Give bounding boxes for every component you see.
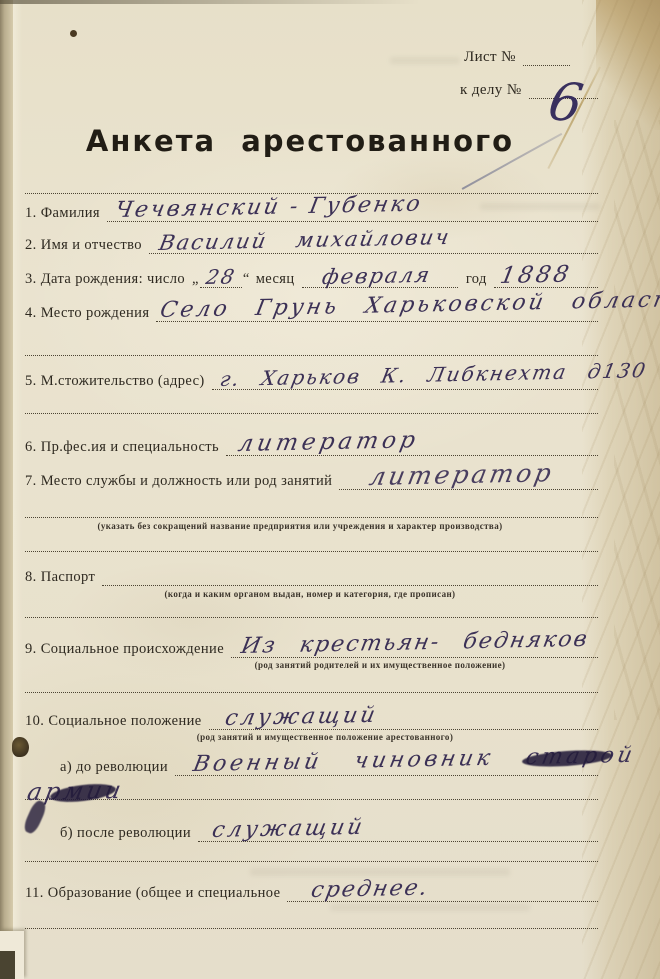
bleed-through-text [390, 57, 460, 64]
field-workplace-line: литератор [339, 465, 598, 490]
rule-line [25, 928, 598, 929]
field-workplace-caption: (указать без сокращений название предпри… [50, 521, 550, 531]
field-passport-label: 8. Паспорт [25, 569, 102, 586]
bleed-through-text [330, 904, 530, 911]
field-education-label: 11. Образование (общее и специальное [25, 885, 287, 902]
bottom-left-dark-patch [0, 951, 15, 979]
field-name-patronymic-value: Василий михайлович [157, 225, 453, 255]
rule-line [25, 413, 598, 414]
field-social-origin-value: Из крестьян- бедняков [239, 627, 591, 659]
field-surname-label: 1. Фамилия [25, 205, 107, 222]
field-education-value: среднее. [309, 876, 431, 903]
field-residence-value: г. Харьков К. Либкнехта д130 кв11 [218, 356, 660, 391]
field-passport-line [102, 561, 598, 586]
birth-day-value: 28 [204, 264, 238, 289]
rule-line [25, 861, 598, 862]
rule-line [25, 692, 598, 693]
field-education-line: среднее. [287, 875, 598, 902]
birth-year-label: год [458, 271, 494, 288]
field-social-status: 10. Социальное положение служащий [25, 704, 598, 730]
field-social-status-label: 10. Социальное положение [25, 713, 209, 730]
field-birth-place-value: Село Грунь Харьковской области [158, 287, 660, 323]
field-after-revolution: б) после революции служащий [60, 816, 598, 842]
sheet-number-row: Лист № [464, 46, 570, 66]
field-birth-place-line: Село Грунь Харьковской области [156, 297, 598, 322]
sheet-number-label: Лист № [464, 49, 523, 66]
birth-month-line: февраля [302, 263, 458, 288]
field-profession: 6. Пр.фес.ия и специальность литератор [25, 432, 598, 456]
field-social-status-line: служащий [209, 703, 598, 730]
field-profession-value: литератор [236, 427, 421, 457]
rule-line [25, 617, 598, 618]
case-number-label: к делу № [460, 82, 529, 99]
birth-month-label: месяц [256, 271, 302, 288]
field-residence: 5. М.стожительство (адрес) г. Харьков К.… [25, 366, 598, 390]
quote-open: „ [192, 271, 200, 288]
field-surname-line: Чечвянский - Губенко [107, 197, 598, 222]
field-after-revolution-value: служащий [210, 815, 367, 843]
field-before-revolution: а) до революции Военный чиновник старой [60, 750, 598, 776]
field-social-origin: 9. Социальное происхождение Из крестьян-… [25, 632, 598, 658]
field-before-revolution-label: а) до революции [60, 759, 175, 776]
field-name-patronymic-label: 2. Имя и отчество [25, 237, 149, 254]
paper-wrinkles [614, 120, 660, 720]
birth-month-value: февраля [320, 263, 433, 289]
birth-year-value: 1888 [498, 262, 574, 289]
field-surname: 1. Фамилия Чечвянский - Губенко [25, 198, 598, 222]
field-after-revolution-line: служащий [198, 815, 598, 842]
document-title: Анкета арестованного [0, 124, 600, 158]
field-residence-line: г. Харьков К. Либкнехта д130 кв11 [212, 365, 598, 390]
field-social-status-caption: (род занятий и имущественное положение а… [130, 732, 520, 742]
rule-line [25, 551, 598, 552]
field-workplace-value: литератор [367, 458, 557, 491]
birth-day-line: 28 [200, 263, 242, 288]
ink-dot [70, 30, 77, 37]
field-residence-label: 5. М.стожительство (адрес) [25, 373, 212, 390]
field-workplace: 7. Место службы и должность или род заня… [25, 466, 598, 490]
field-birth-place-label: 4. Место рождения [25, 305, 156, 322]
field-social-status-value: служащий [223, 703, 380, 731]
sheet-number-line [523, 45, 570, 66]
quote-close: “ [242, 271, 256, 288]
field-passport: 8. Паспорт [25, 562, 598, 586]
field-education: 11. Образование (общее и специальное сре… [25, 876, 598, 902]
field-birth-place: 4. Место рождения Село Грунь Харьковской… [25, 298, 598, 322]
arrest-questionnaire-document: Лист № к делу № 6 Анкета арестованного 1… [0, 0, 660, 979]
field-name-patronymic: 2. Имя и отчество Василий михайлович [25, 230, 598, 254]
field-profession-label: 6. Пр.фес.ия и специальность [25, 439, 226, 456]
ink-blob-left-margin [12, 737, 29, 757]
field-profession-line: литератор [226, 431, 598, 456]
field-social-origin-caption: (род занятий родителей и их имущественно… [210, 660, 550, 670]
field-workplace-label: 7. Место службы и должность или род заня… [25, 473, 339, 490]
field-after-revolution-label: б) после революции [60, 825, 198, 842]
rule-line [25, 355, 598, 356]
field-passport-caption: (когда и каким органом выдан, номер и ка… [120, 589, 500, 599]
field-social-origin-label: 9. Социальное происхождение [25, 641, 231, 658]
field-social-origin-line: Из крестьян- бедняков [231, 631, 598, 658]
rule-line [25, 517, 598, 518]
page-top-edge [0, 0, 420, 4]
field-birth-date: 3. Дата рождения: число „ 28 “ месяц фев… [25, 264, 598, 288]
field-name-patronymic-line: Василий михайлович [149, 229, 598, 254]
field-birth-date-label: 3. Дата рождения: число [25, 271, 192, 288]
birth-year-line: 1888 [494, 263, 598, 288]
field-surname-value: Чечвянский - Губенко [113, 192, 425, 223]
